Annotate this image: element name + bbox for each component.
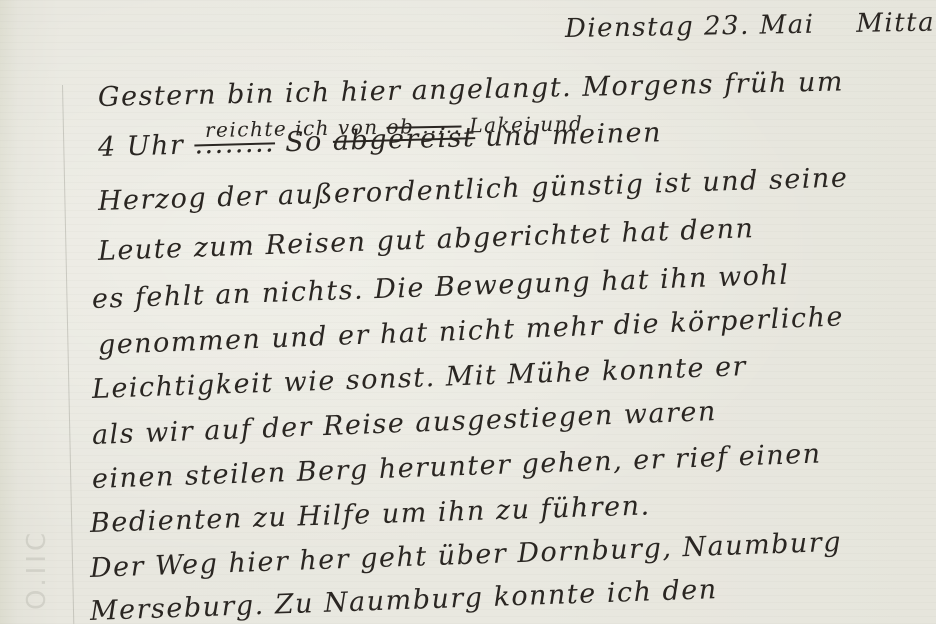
letter-line-1: Gestern bin ich hier angelangt. Morgens …: [98, 66, 845, 113]
letter-line-8: als wir auf der Reise ausgestiegen waren: [91, 396, 717, 451]
date-text: Dienstag 23. Mai: [565, 10, 815, 44]
margin-fold-line: [62, 85, 74, 624]
archive-stamp: O.IIC: [22, 400, 52, 610]
date-line: Dienstag 23. Mai Mittag: [565, 7, 936, 44]
letter-line-2-text: 4 Uhr ........ So abgereist und meinen: [98, 117, 663, 163]
letter-line-2: 4 Uhr ........ So abgereist und meinen: [98, 117, 663, 163]
letter-line-12: Merseburg. Zu Naumburg konnte ich den: [89, 574, 718, 624]
letter-page: O.IIC Dienstag 23. Mai Mittag Gestern bi…: [0, 0, 936, 624]
letter-line-9: einen steilen Berg herunter gehen, er ri…: [91, 439, 822, 495]
letter-line-7: Leichtigkeit wie sonst. Mit Mühe konnte …: [91, 351, 747, 405]
letter-line-4: Leute zum Reisen gut abgerichtet hat den…: [97, 213, 754, 267]
time-text: Mittag: [856, 7, 936, 39]
letter-line-10: Bedienten zu Hilfe um ihn zu führen.: [90, 490, 652, 539]
letter-line-3: Herzog der außerordentlich günstig ist u…: [98, 162, 849, 217]
